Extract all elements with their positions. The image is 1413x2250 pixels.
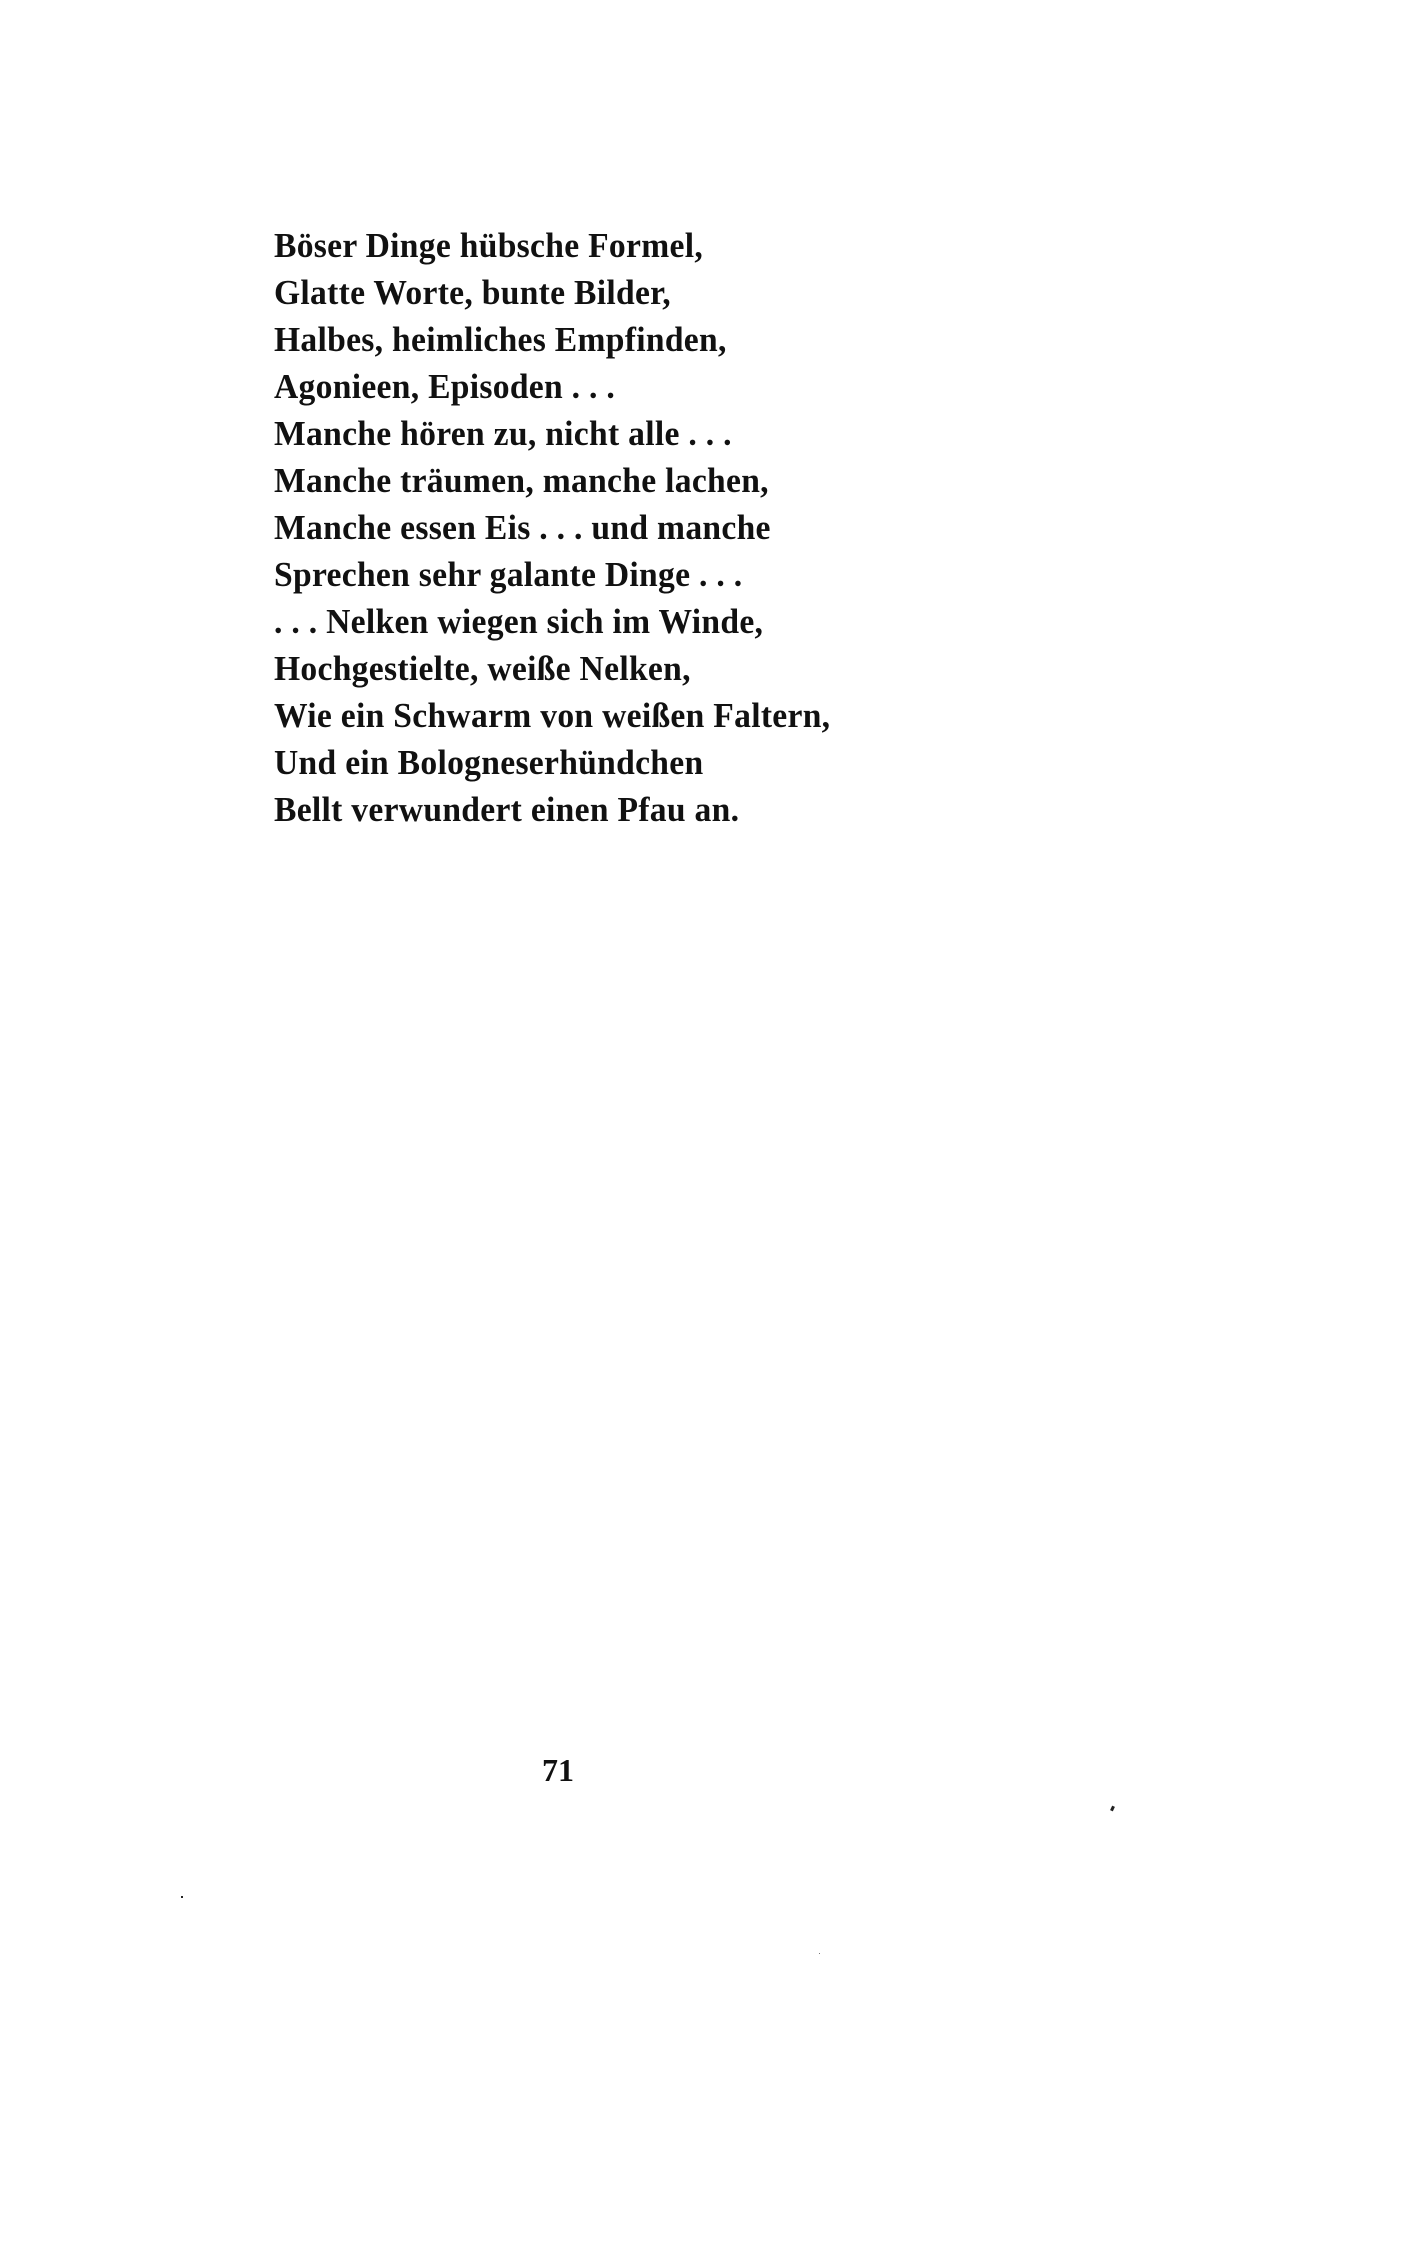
poem-line: Und ein Bologneserhündchen	[274, 739, 830, 786]
poem-line: Bellt verwundert einen Pfau an.	[274, 786, 830, 833]
book-page: Böser Dinge hübsche Formel, Glatte Worte…	[0, 0, 1413, 2250]
poem-line: Hochgestielte, weiße Nelken,	[274, 645, 830, 692]
poem-line: Wie ein Schwarm von weißen Faltern,	[274, 692, 830, 739]
poem-line: Manche träumen, manche lachen,	[274, 457, 830, 504]
poem-line: . . . Nelken wiegen sich im Winde,	[274, 598, 830, 645]
poem-line: Manche essen Eis . . . und manche	[274, 504, 830, 551]
poem-line: Agonieen, Episoden . . .	[274, 363, 830, 410]
scan-speck	[1110, 1806, 1115, 1812]
scan-speck	[819, 1953, 820, 1954]
poem-line: Böser Dinge hübsche Formel,	[274, 222, 830, 269]
poem-line: Sprechen sehr galante Dinge . . .	[274, 551, 830, 598]
poem-line: Halbes, heimliches Empfinden,	[274, 316, 830, 363]
scan-speck	[181, 1896, 183, 1898]
poem-line: Glatte Worte, bunte Bilder,	[274, 269, 830, 316]
poem-line: Manche hören zu, nicht alle . . .	[274, 410, 830, 457]
page-number: 71	[542, 1752, 574, 1789]
poem-stanza: Böser Dinge hübsche Formel, Glatte Worte…	[274, 222, 854, 833]
